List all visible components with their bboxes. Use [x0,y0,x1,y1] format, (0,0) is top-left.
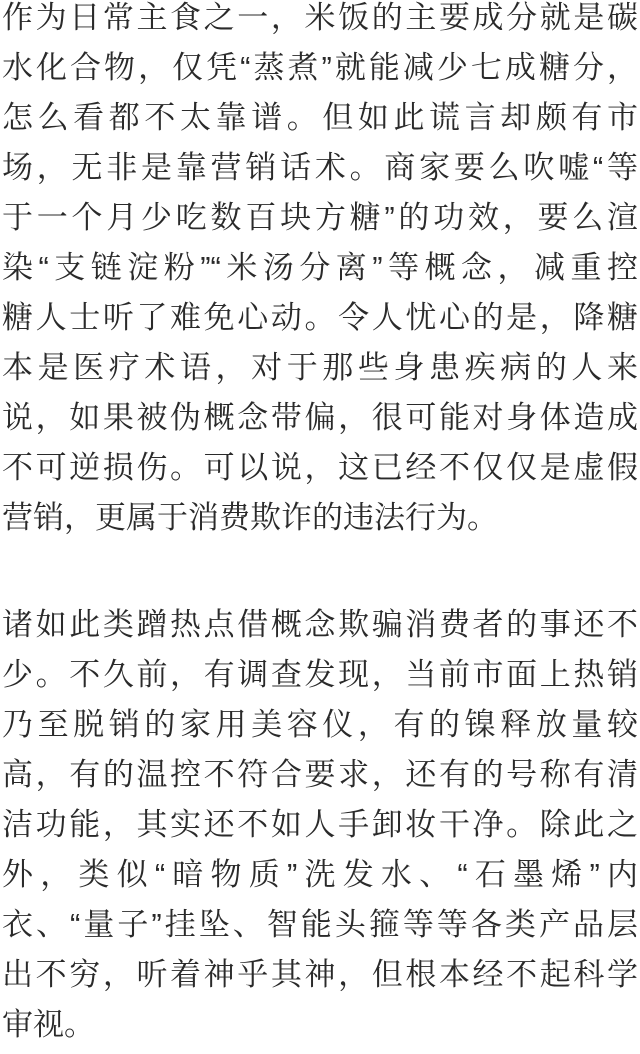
paragraph-1: 作为日常主食之一，米饭的主要成分就是碳 水化合物，仅凭“蒸煮”就能减少七成糖分，… [2,0,638,543]
text-line: 少。不久前，有调查发现，当前市面上热销 [2,650,638,700]
text-line: 营销，更属于消费欺诈的违法行为。 [2,493,638,543]
text-line: 外，类似“暗物质”洗发水、“石墨烯”内 [2,850,638,900]
article-body: 作为日常主食之一，米饭的主要成分就是碳 水化合物，仅凭“蒸煮”就能减少七成糖分，… [0,0,640,1050]
text-line: 怎么看都不太靠谱。但如此谎言却颇有市 [2,93,638,143]
text-line: 乃至脱销的家用美容仪，有的镍释放量较 [2,700,638,750]
text-line: 审视。 [2,1000,638,1050]
text-line: 水化合物，仅凭“蒸煮”就能减少七成糖分， [2,43,638,93]
text-line: 本是医疗术语，对于那些身患疾病的人来 [2,343,638,393]
paragraph-2: 诸如此类蹭热点借概念欺骗消费者的事还不 少。不久前，有调查发现，当前市面上热销 … [2,600,638,1050]
text-line: 糖人士听了难免心动。令人忧心的是，降糖 [2,293,638,343]
text-line: 场，无非是靠营销话术。商家要么吹嘘“等 [2,143,638,193]
text-line: 出不穷，听着神乎其神，但根本经不起科学 [2,950,638,1000]
text-line: 于一个月少吃数百块方糖”的功效，要么渲 [2,193,638,243]
text-line: 说，如果被伪概念带偏，很可能对身体造成 [2,393,638,443]
text-line: 衣、“量子”挂坠、智能头箍等等各类产品层 [2,900,638,950]
text-line: 诸如此类蹭热点借概念欺骗消费者的事还不 [2,600,638,650]
text-line: 高，有的温控不符合要求，还有的号称有清 [2,750,638,800]
text-line: 不可逆损伤。可以说，这已经不仅仅是虚假 [2,443,638,493]
text-line: 染“支链淀粉”“米汤分离”等概念，减重控 [2,243,638,293]
text-line: 洁功能，其实还不如人手卸妆干净。除此之 [2,800,638,850]
text-line: 作为日常主食之一，米饭的主要成分就是碳 [2,0,638,43]
